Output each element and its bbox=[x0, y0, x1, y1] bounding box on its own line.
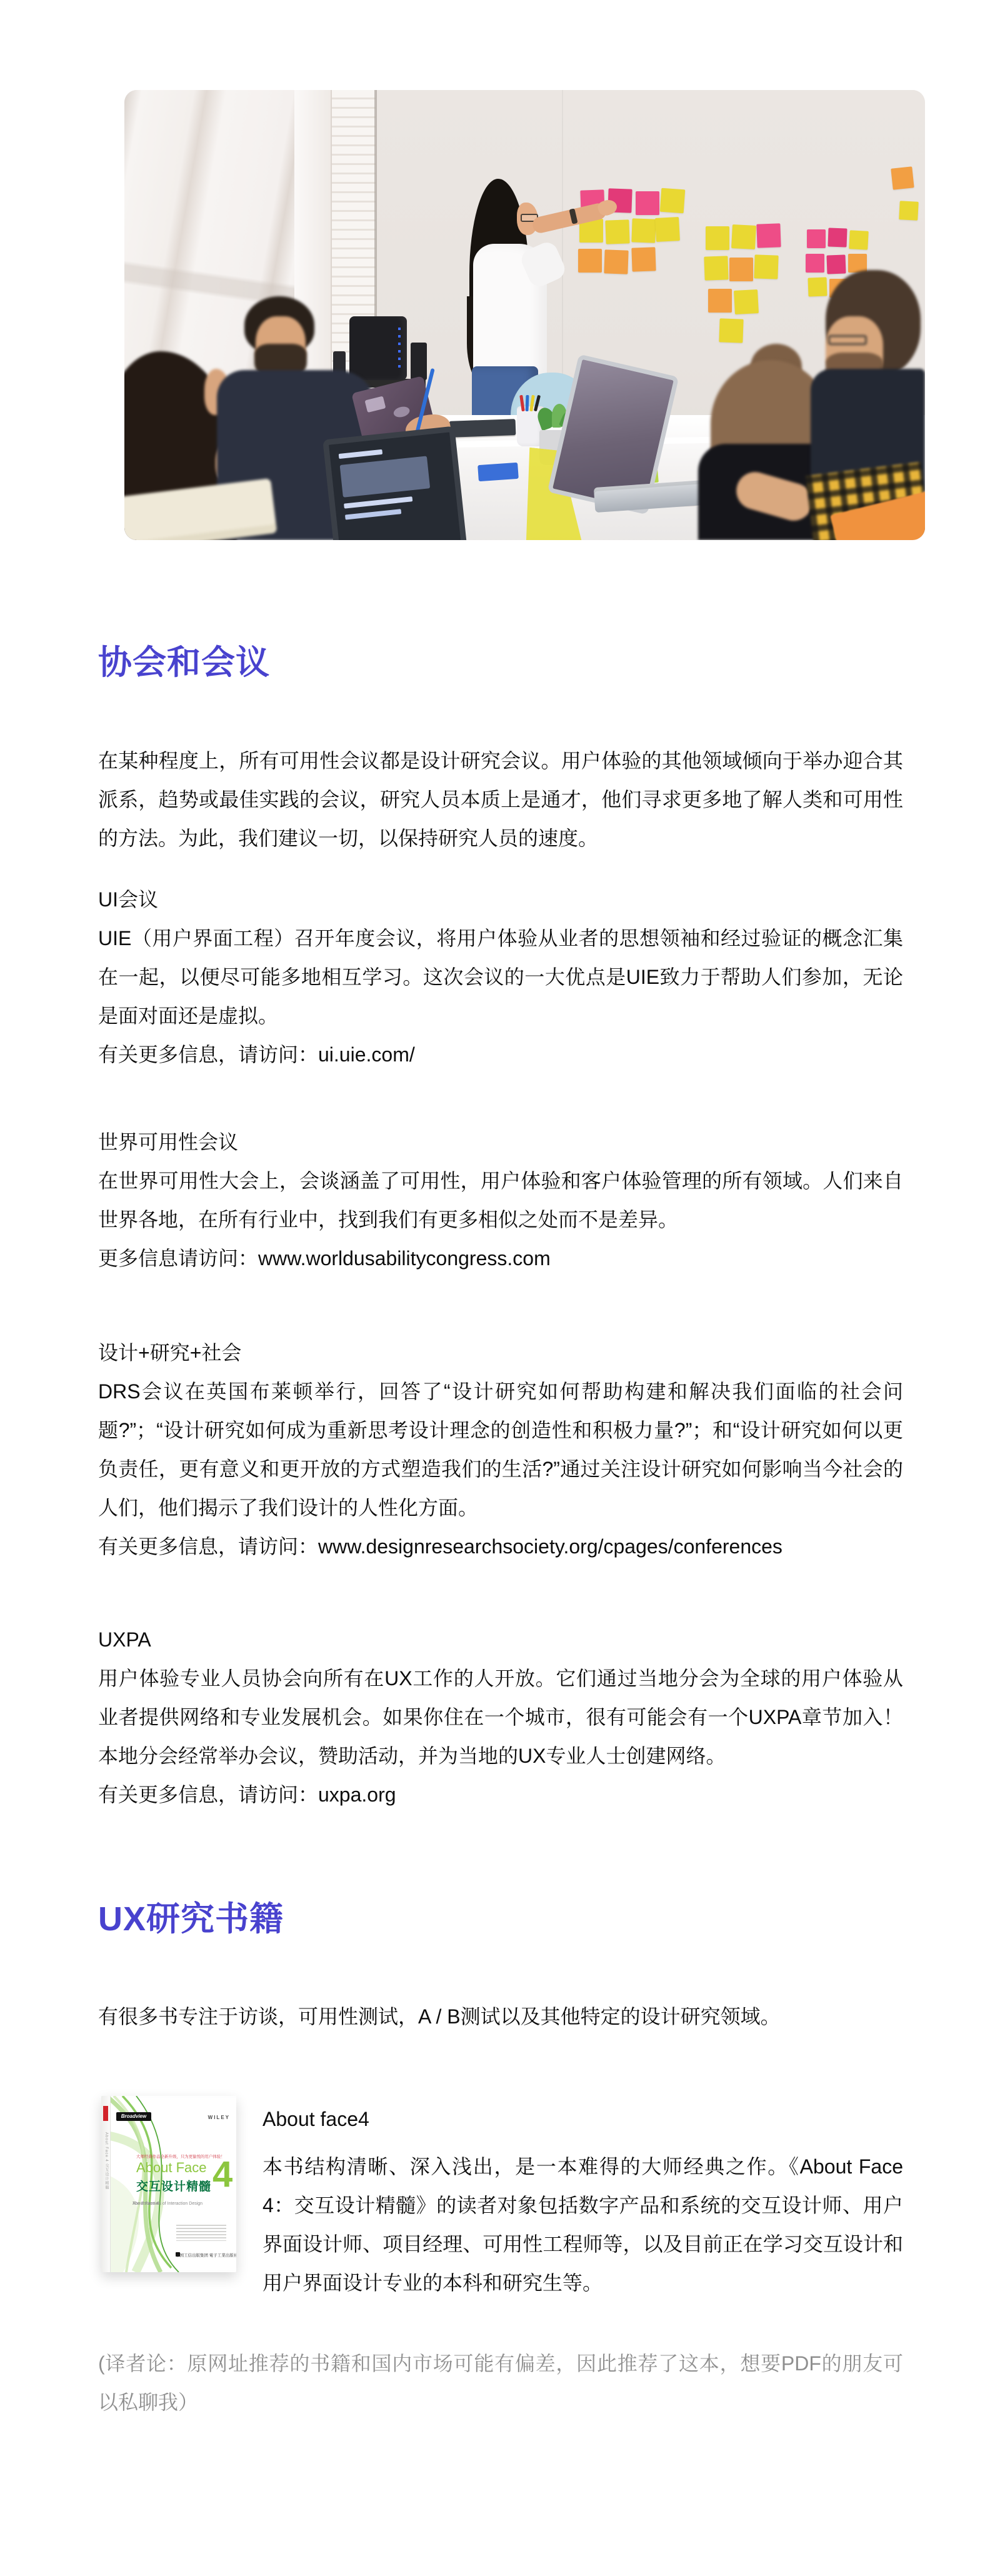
pen bbox=[526, 395, 529, 411]
screen-content bbox=[344, 496, 412, 508]
subsection-link[interactable]: 有关更多信息，请访问：www.designresearchsociety.org… bbox=[98, 1527, 903, 1566]
screen-content bbox=[339, 449, 382, 459]
sticky-note bbox=[891, 166, 914, 189]
subsection-title: UI会议 bbox=[98, 880, 903, 919]
laptop-screen bbox=[322, 426, 469, 540]
cover-authors-block bbox=[176, 2225, 226, 2241]
sticky-note bbox=[807, 229, 826, 248]
cover-title-chinese: 交互设计精髓 bbox=[136, 2177, 216, 2194]
sticky-note bbox=[704, 256, 728, 280]
subsection-title: UXPA bbox=[98, 1620, 903, 1659]
subsection-link[interactable]: 有关更多信息，请访问：ui.uie.com/ bbox=[98, 1035, 903, 1074]
laptop-sticker bbox=[392, 405, 411, 419]
screen-content bbox=[340, 456, 431, 497]
sticky-note bbox=[806, 254, 824, 273]
book-description: 本书结构清晰、深入浅出，是一本难得的大师经典之作。《About Face 4：交… bbox=[262, 2147, 903, 2302]
meeting-room-photo bbox=[124, 90, 925, 540]
sticky-note bbox=[631, 218, 656, 243]
broadview-logo: Broadview bbox=[116, 2112, 151, 2121]
screen-content bbox=[345, 509, 401, 519]
sticky-note bbox=[708, 289, 732, 313]
subsection-body: UIE（用户界面工程）召开年度会议，将用户体验从业者的思想领袖和经过验证的概念汇… bbox=[98, 919, 903, 1035]
subsection-drs: 设计+研究+社会 DRS会议在英国布莱顿举行，回答了“设计研究如何帮助构建和解决… bbox=[98, 1333, 903, 1566]
sticky-note bbox=[605, 219, 629, 244]
subsection-body: 用户体验专业人员协会向所有在UX工作的人开放。它们通过当地分会为全球的用户体验从… bbox=[98, 1659, 903, 1775]
sticky-note bbox=[719, 318, 743, 343]
subsection-link[interactable]: 更多信息请访问：www.worldusabilitycongress.com bbox=[98, 1239, 903, 1278]
subsection-uxpa: UXPA 用户体验专业人员协会向所有在UX工作的人开放。它们通过当地分会为全球的… bbox=[98, 1620, 903, 1814]
sticky-note bbox=[807, 277, 827, 296]
sticky-note bbox=[731, 224, 756, 249]
sticky-note bbox=[706, 226, 729, 250]
device bbox=[411, 343, 427, 380]
associations-intro: 在某种程度上，所有可用性会议都是设计研究会议。用户体验的其他领域倾向于举办迎合其… bbox=[98, 741, 903, 858]
cover-title-english: About Face bbox=[136, 2160, 216, 2176]
sticky-note bbox=[660, 188, 686, 214]
sticky-note bbox=[604, 249, 628, 274]
books-intro: 有很多书专注于访谈，可用性测试，A / B测试以及其他特定的设计研究领域。 bbox=[98, 1997, 903, 2036]
sticky-note bbox=[899, 201, 919, 221]
spine-title: About Face 4 交互设计精髓 bbox=[102, 2132, 109, 2232]
subsection-title: 设计+研究+社会 bbox=[98, 1333, 903, 1372]
sticky-note bbox=[636, 191, 659, 215]
sticky-note bbox=[655, 217, 680, 242]
subsection-title: 世界可用性会议 bbox=[98, 1123, 903, 1161]
book-cover-about-face-4: About Face 4 交互设计精髓 Broadview WILEY 大师经典… bbox=[101, 2096, 236, 2272]
cover-edition-number: 4 bbox=[212, 2157, 232, 2192]
subsection-link[interactable]: 有关更多信息，请访问：uxpa.org bbox=[98, 1775, 903, 1814]
book-details: About face4 本书结构清晰、深入浅出，是一本难得的大师经典之作。《Ab… bbox=[262, 2100, 903, 2302]
wiley-logo: WILEY bbox=[208, 2115, 230, 2120]
sticky-note bbox=[756, 223, 781, 248]
section-title-books: UX研究书籍 bbox=[98, 1901, 284, 1937]
spine-red-tag bbox=[103, 2106, 108, 2121]
sticky-note bbox=[729, 258, 753, 281]
sticky-note bbox=[578, 249, 602, 273]
subsection-body: DRS会议在英国布莱顿举行，回答了“设计研究如何帮助构建和解决我们面临的社会问题… bbox=[98, 1372, 903, 1527]
subsection-body: 在世界可用性大会上，会谈涵盖了可用性，用户体验和客户体验管理的所有领域。人们来自… bbox=[98, 1161, 903, 1239]
notebook bbox=[449, 419, 516, 438]
laptop-sticker bbox=[364, 396, 386, 413]
sticky-note bbox=[826, 254, 846, 274]
sticky-note bbox=[827, 228, 847, 247]
subsection-ui-conference: UI会议 UIE（用户界面工程）召开年度会议，将用户体验从业者的思想领袖和经过验… bbox=[98, 880, 903, 1074]
cover-tagline: 大师经典作品全新升级，只为更愉悦的用户体验！ bbox=[136, 2153, 224, 2159]
book-title: About face4 bbox=[262, 2100, 903, 2138]
sticky-note bbox=[754, 254, 778, 279]
sticky-note bbox=[734, 289, 759, 314]
monitor-leds bbox=[398, 328, 401, 371]
subsection-world-usability: 世界可用性会议 在世界可用性大会上，会谈涵盖了可用性，用户体验和客户体验管理的所… bbox=[98, 1123, 903, 1278]
sticky-note bbox=[849, 230, 869, 250]
section-title-associations: 协会和会议 bbox=[98, 644, 270, 681]
blue-notebook bbox=[477, 463, 519, 481]
glasses bbox=[828, 335, 867, 345]
translator-note: (译者论：原网址推荐的书籍和国内市场可能有偏差，因此推荐了这本，想要PDF的朋友… bbox=[98, 2344, 903, 2422]
sticky-note bbox=[631, 247, 656, 271]
